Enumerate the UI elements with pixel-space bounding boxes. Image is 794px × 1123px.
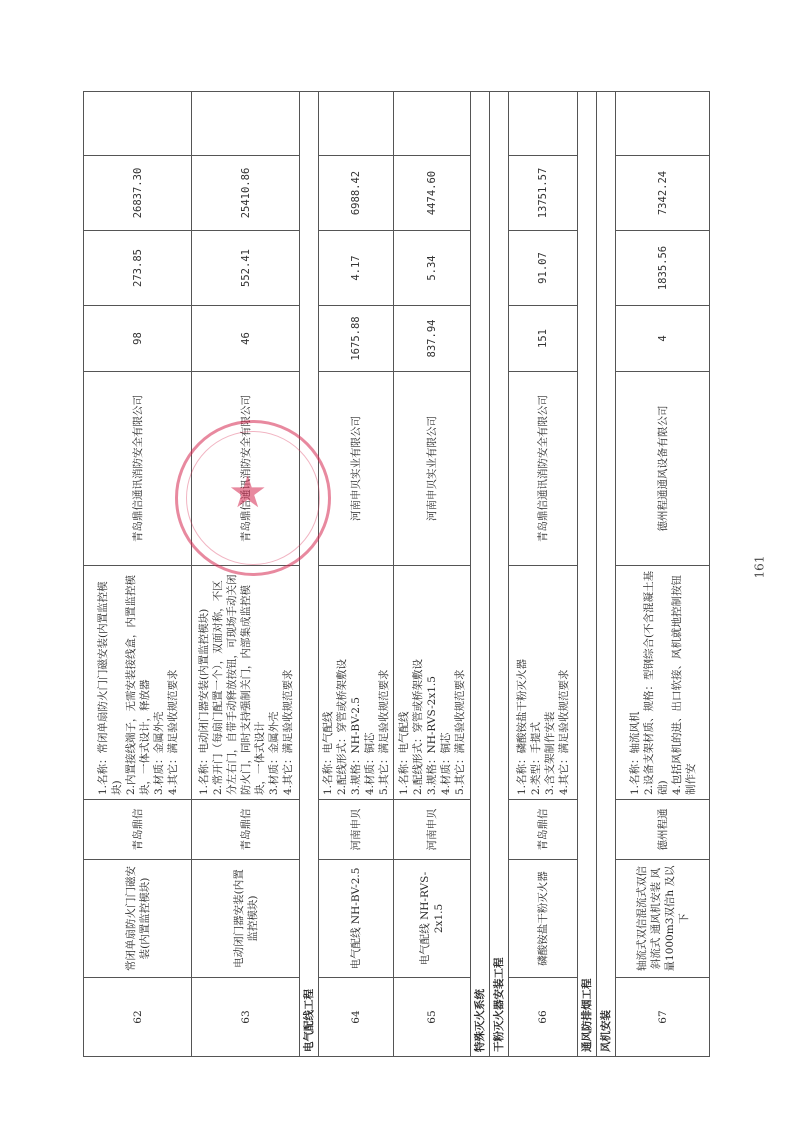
feature-line: 2.内置接线端子，无需安装接线盒，内置监控模块，一体式设计，释放器 <box>124 570 152 795</box>
brand-short: 青岛鼎信 <box>509 800 578 860</box>
section-header-row: 干粉灭火器安装工程 <box>490 92 509 1057</box>
feature-line: 2.配线形式：穿管或桥架敷设 <box>335 570 349 795</box>
supplier-name: 河南申贝实业有限公司 <box>394 372 471 566</box>
feature-line: 1.名称：电气配线 <box>397 570 411 795</box>
feature-line: 4.材质：铜芯 <box>439 570 453 795</box>
feature-line: 3.规格：NH-RVS-2x1.5 <box>425 570 439 795</box>
quantity: 46 <box>192 306 300 372</box>
supplier-name: 青岛鼎信通讯消防安全有限公司 <box>509 372 578 566</box>
supplier-name: 青岛鼎信通讯消防安全有限公司 <box>192 372 300 566</box>
brand-short: 河南申贝 <box>394 800 471 860</box>
quantity: 98 <box>84 306 192 372</box>
feature-line: 4.包括风机的进、出口软接、风机就地控制按钮制作安 <box>670 570 698 795</box>
feature-line: 4.其它：满足验收规范要求 <box>557 570 571 795</box>
feature-line: 5.其它：满足验收规范要求 <box>453 570 467 795</box>
section-title: 特殊灭火系统 <box>471 92 490 1057</box>
feature-line: 1.名称：常闭单扇防火门门磁安装(内置监控模块) <box>96 570 124 795</box>
unit-price: 4.17 <box>319 231 394 306</box>
rotated-table-sheet: 62常闭单扇防火门门磁安装(内置监控模块)青岛鼎信1.名称：常闭单扇防火门门磁安… <box>83 92 693 1057</box>
section-header-row: 通风防排烟工程 <box>578 92 597 1057</box>
feature-line: 1.名称：电气配线 <box>321 570 335 795</box>
item-features: 1.名称：常闭单扇防火门门磁安装(内置监控模块)2.内置接线端子，无需安装接线盒… <box>84 566 192 800</box>
quantity: 151 <box>509 306 578 372</box>
brand-short: 青岛鼎信 <box>84 800 192 860</box>
bill-of-quantities-table: 62常闭单扇防火门门磁安装(内置监控模块)青岛鼎信1.名称：常闭单扇防火门门磁安… <box>83 91 710 1057</box>
supplier-name: 河南申贝实业有限公司 <box>319 372 394 566</box>
unit-price: 552.41 <box>192 231 300 306</box>
section-title: 风机安装 <box>597 92 616 1057</box>
remark <box>192 92 300 156</box>
table-row: 65电气配线 NH-RVS-2x1.5河南申贝1.名称：电气配线2.配线形式：穿… <box>394 92 471 1057</box>
section-header-row: 风机安装 <box>597 92 616 1057</box>
feature-line: 2.配线形式：穿管或桥架敷设 <box>411 570 425 795</box>
unit-price: 5.34 <box>394 231 471 306</box>
remark <box>84 92 192 156</box>
total-price: 26837.30 <box>84 156 192 231</box>
item-features: 1.名称：电动闭门器安装(内置监控模块)2.常开门（每扇门配置一个），双面对称，… <box>192 566 300 800</box>
total-price: 25410.86 <box>192 156 300 231</box>
supplier-name: 德州程通通风设备有限公司 <box>616 372 710 566</box>
feature-line: 5.其它：满足验收规范要求 <box>377 570 391 795</box>
total-price: 6988.42 <box>319 156 394 231</box>
supplier-name: 青岛鼎信通讯消防安全有限公司 <box>84 372 192 566</box>
feature-line: 4.材质：铜芯 <box>363 570 377 795</box>
table-row: 67轴流式双信混流式双信斜流式 通风机安装 风量1000m3双信h 及以下德州程… <box>616 92 710 1057</box>
item-number: 67 <box>616 978 710 1057</box>
table-body: 62常闭单扇防火门门磁安装(内置监控模块)青岛鼎信1.名称：常闭单扇防火门门磁安… <box>84 92 710 1057</box>
item-features: 1.名称：电气配线2.配线形式：穿管或桥架敷设3.规格：NH-RVS-2x1.5… <box>394 566 471 800</box>
brand-short: 河南申贝 <box>319 800 394 860</box>
feature-line: 3.规格：NH-BV-2.5 <box>349 570 363 795</box>
section-title: 电气配线工程 <box>300 92 319 1057</box>
item-features: 1.名称：电气配线2.配线形式：穿管或桥架敷设3.规格：NH-BV-2.54.材… <box>319 566 394 800</box>
item-name: 电动闭门器安装(内置监控模块) <box>192 860 300 978</box>
total-price: 4474.60 <box>394 156 471 231</box>
feature-line: 1.名称：电动闭门器安装(内置监控模块) <box>197 570 211 795</box>
remark <box>509 92 578 156</box>
item-name: 常闭单扇防火门门磁安装(内置监控模块) <box>84 860 192 978</box>
section-title: 通风防排烟工程 <box>578 92 597 1057</box>
quantity: 1675.88 <box>319 306 394 372</box>
brand-short: 德州程通 <box>616 800 710 860</box>
section-header-row: 特殊灭火系统 <box>471 92 490 1057</box>
unit-price: 273.85 <box>84 231 192 306</box>
quantity: 837.94 <box>394 306 471 372</box>
item-name: 电气配线 NH-BV-2.5 <box>319 860 394 978</box>
item-name: 磷酸铵盐干粉灭火器 <box>509 860 578 978</box>
page-number: 161 <box>752 556 766 579</box>
item-features: 1.名称：轴流风机2.设备支架材质、规格：型钢综合(不含混凝土基础)4.包括风机… <box>616 566 710 800</box>
item-number: 62 <box>84 978 192 1057</box>
item-name: 电气配线 NH-RVS-2x1.5 <box>394 860 471 978</box>
section-title: 干粉灭火器安装工程 <box>490 92 509 1057</box>
remark <box>394 92 471 156</box>
remark <box>616 92 710 156</box>
total-price: 7342.24 <box>616 156 710 231</box>
feature-line: 1.名称：磷酸铵盐干粉灭火器 <box>515 570 529 795</box>
quantity: 4 <box>616 306 710 372</box>
item-number: 64 <box>319 978 394 1057</box>
item-name: 轴流式双信混流式双信斜流式 通风机安装 风量1000m3双信h 及以下 <box>616 860 710 978</box>
feature-line: 2.类型：手提式 <box>529 570 543 795</box>
item-features: 1.名称：磷酸铵盐干粉灭火器2.类型：手提式3.含支架制作安装4.其它：满足验收… <box>509 566 578 800</box>
item-number: 66 <box>509 978 578 1057</box>
brand-short: 青岛鼎信 <box>192 800 300 860</box>
total-price: 13751.57 <box>509 156 578 231</box>
remark <box>319 92 394 156</box>
section-header-row: 电气配线工程 <box>300 92 319 1057</box>
feature-line: 4.其它：满足验收规范要求 <box>166 570 180 795</box>
table-row: 62常闭单扇防火门门磁安装(内置监控模块)青岛鼎信1.名称：常闭单扇防火门门磁安… <box>84 92 192 1057</box>
unit-price: 1835.56 <box>616 231 710 306</box>
table-row: 63电动闭门器安装(内置监控模块)青岛鼎信1.名称：电动闭门器安装(内置监控模块… <box>192 92 300 1057</box>
feature-line: 3.材质：金属外壳 <box>267 570 281 795</box>
unit-price: 91.07 <box>509 231 578 306</box>
feature-line: 2.设备支架材质、规格：型钢综合(不含混凝土基础) <box>642 570 670 795</box>
table-row: 64电气配线 NH-BV-2.5河南申贝1.名称：电气配线2.配线形式：穿管或桥… <box>319 92 394 1057</box>
item-number: 65 <box>394 978 471 1057</box>
item-number: 63 <box>192 978 300 1057</box>
feature-line: 4.其它：满足验收规范要求 <box>281 570 295 795</box>
table-row: 66磷酸铵盐干粉灭火器青岛鼎信1.名称：磷酸铵盐干粉灭火器2.类型：手提式3.含… <box>509 92 578 1057</box>
feature-line: 3.含支架制作安装 <box>543 570 557 795</box>
feature-line: 3.材质：金属外壳 <box>152 570 166 795</box>
feature-line: 1.名称：轴流风机 <box>628 570 642 795</box>
feature-line: 2.常开门（每扇门配置一个），双面对称，不区分左右门，自带手动释放按钮，可现场手… <box>211 570 267 795</box>
